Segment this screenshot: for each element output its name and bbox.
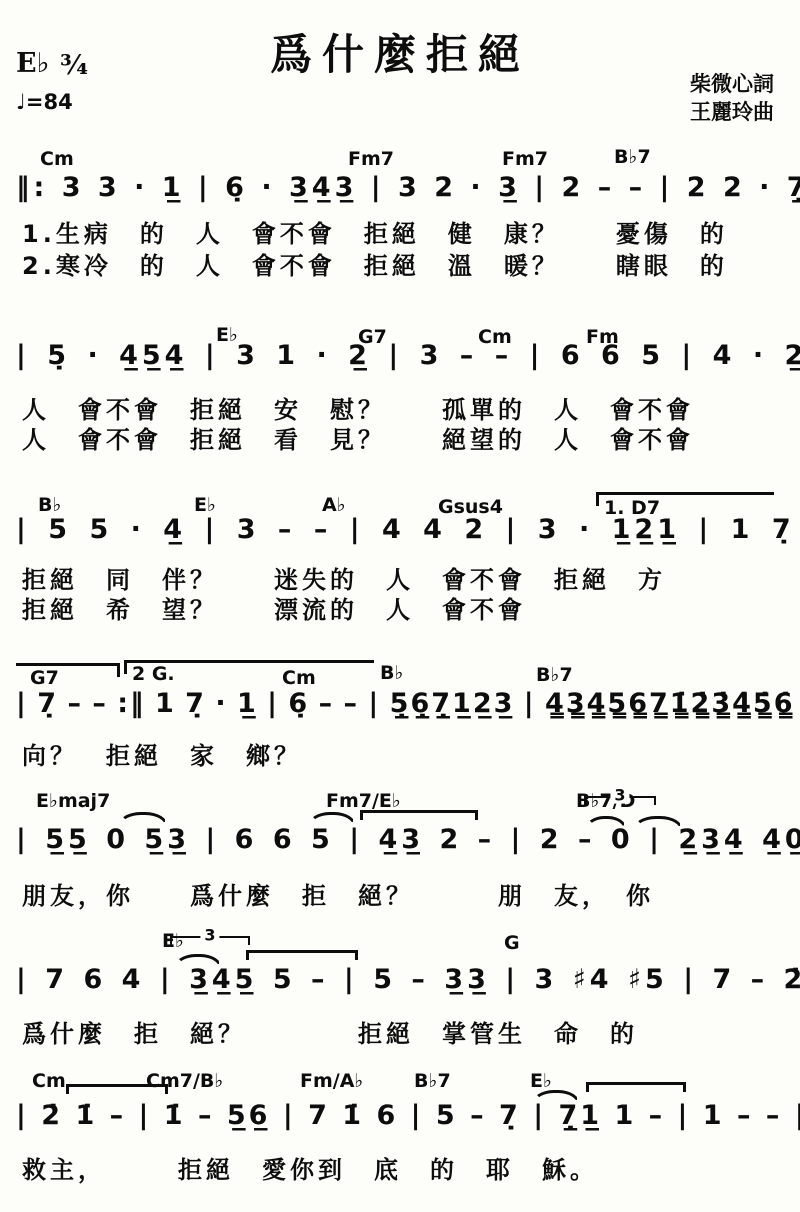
chord-label: Fm7 [348, 148, 394, 170]
tie-bracket [360, 810, 478, 820]
chord-label: Cm [40, 148, 74, 170]
chord-label: B♭7 [536, 664, 573, 686]
tie-bracket [586, 1082, 686, 1092]
chord-label: Fm7 [502, 148, 548, 170]
key-signature: E♭ [16, 48, 49, 79]
lyrics-verse-2-line-3: 拒絕 希 望？ 漂流的 人 會不會 [22, 590, 526, 625]
chord-label: Cm [32, 1070, 66, 1092]
lyrics-verse-2-line-2: 人 會不會 拒絕 看 見？ 絕望的 人 會不會 [22, 420, 694, 455]
composer-credit: 王麗玲曲 [690, 96, 774, 126]
chord-label: Fm7/E♭ [326, 790, 401, 812]
song-title: 爲什麼拒絕 [0, 22, 800, 82]
tempo-marking: ♩=84 [16, 90, 73, 114]
lyrics-line-6: 爲什麼 拒 絕？ 拒絕 掌管生 命 的 [22, 1014, 638, 1049]
chord-label: B♭ [380, 662, 403, 684]
lyrics-line-5: 朋友，你 爲什麼 拒 絕？ 朋 友， 你 [22, 876, 654, 911]
tie-bracket [246, 950, 358, 960]
chord-label: E♭ [194, 494, 216, 516]
chord-label: E♭ [530, 1070, 552, 1092]
chord-label: B♭7 [614, 146, 651, 168]
time-signature: ¾ [60, 50, 88, 81]
lyrics-verse-2-line-1: 2.寒冷 的 人 會不會 拒絕 溫 暖？ 瞎眼 的 [22, 246, 728, 281]
chord-label: Fm/A♭ [300, 1070, 363, 1092]
chord-label: B♭ [38, 494, 61, 516]
sheet-music-page: 爲什麼拒絕 E♭ ¾ ♩=84 柴微心詞 王麗玲曲 Cm Fm7 Fm7 B♭7… [0, 0, 800, 1212]
triplet-number: 3 [200, 928, 219, 944]
volta-2-label: 2 G. [132, 663, 175, 685]
chord-label: E♭maj7 [36, 790, 110, 812]
lyricist-credit: 柴微心詞 [690, 68, 774, 98]
chord-label: Cm [282, 667, 316, 689]
notation-line-6: | 7 6 4 | 3̲4̲5̲ 5 – | 5 – 3̲3̲ | 3 ♯4 ♯… [16, 964, 800, 995]
lyrics-line-7: 救主， 拒絕 愛你到 底 的 耶 穌。 [22, 1150, 598, 1185]
triplet-bracket: 3 [170, 936, 250, 945]
chord-label: G7 [30, 667, 59, 689]
notation-line-3: | 5 5 · 4̲ | 3 – – | 4 4 2 | 3 · 1̲2̲1̲ … [16, 514, 800, 545]
lyrics-line-4: 向？ 拒絕 家 鄉？ [22, 736, 302, 771]
tie-bracket [66, 1084, 168, 1094]
notation-line-4: | 7̣ – – :‖ 1 7̣ · 1̲ | 6̣ – – | 5̲̣6̲̣7… [16, 688, 800, 719]
chord-label: B♭7 [414, 1070, 451, 1092]
chord-label: A♭ [322, 494, 346, 516]
notation-line-5: | 5̲5̲ 0 5̲3̲ | 6 6 5 | 4̲3̲ 2 – | 2 – 0… [16, 824, 800, 855]
lyrics-verse-1-line-1: 1.生病 的 人 會不會 拒絕 健 康？ 憂傷 的 [22, 214, 728, 249]
notation-line-2: | 5̣ · 4̲5̲4̲ | 3 1 · 2̲ | 3 – – | 6 6 5… [16, 340, 800, 371]
chord-label: G [504, 932, 520, 954]
triplet-bracket: 3 [584, 796, 656, 805]
notation-line-7: | 2̇ 1̇ – | 1̇ – 5̲6̲ | 7 1̇ 6 | 5 – 7̣ … [16, 1100, 800, 1131]
notation-line-1: ‖: 3 3 · 1̲ | 6̣ · 3̲4̲3̲ | 3 2 · 3̲ | 2… [16, 172, 800, 203]
triplet-number: 3 [610, 788, 629, 804]
